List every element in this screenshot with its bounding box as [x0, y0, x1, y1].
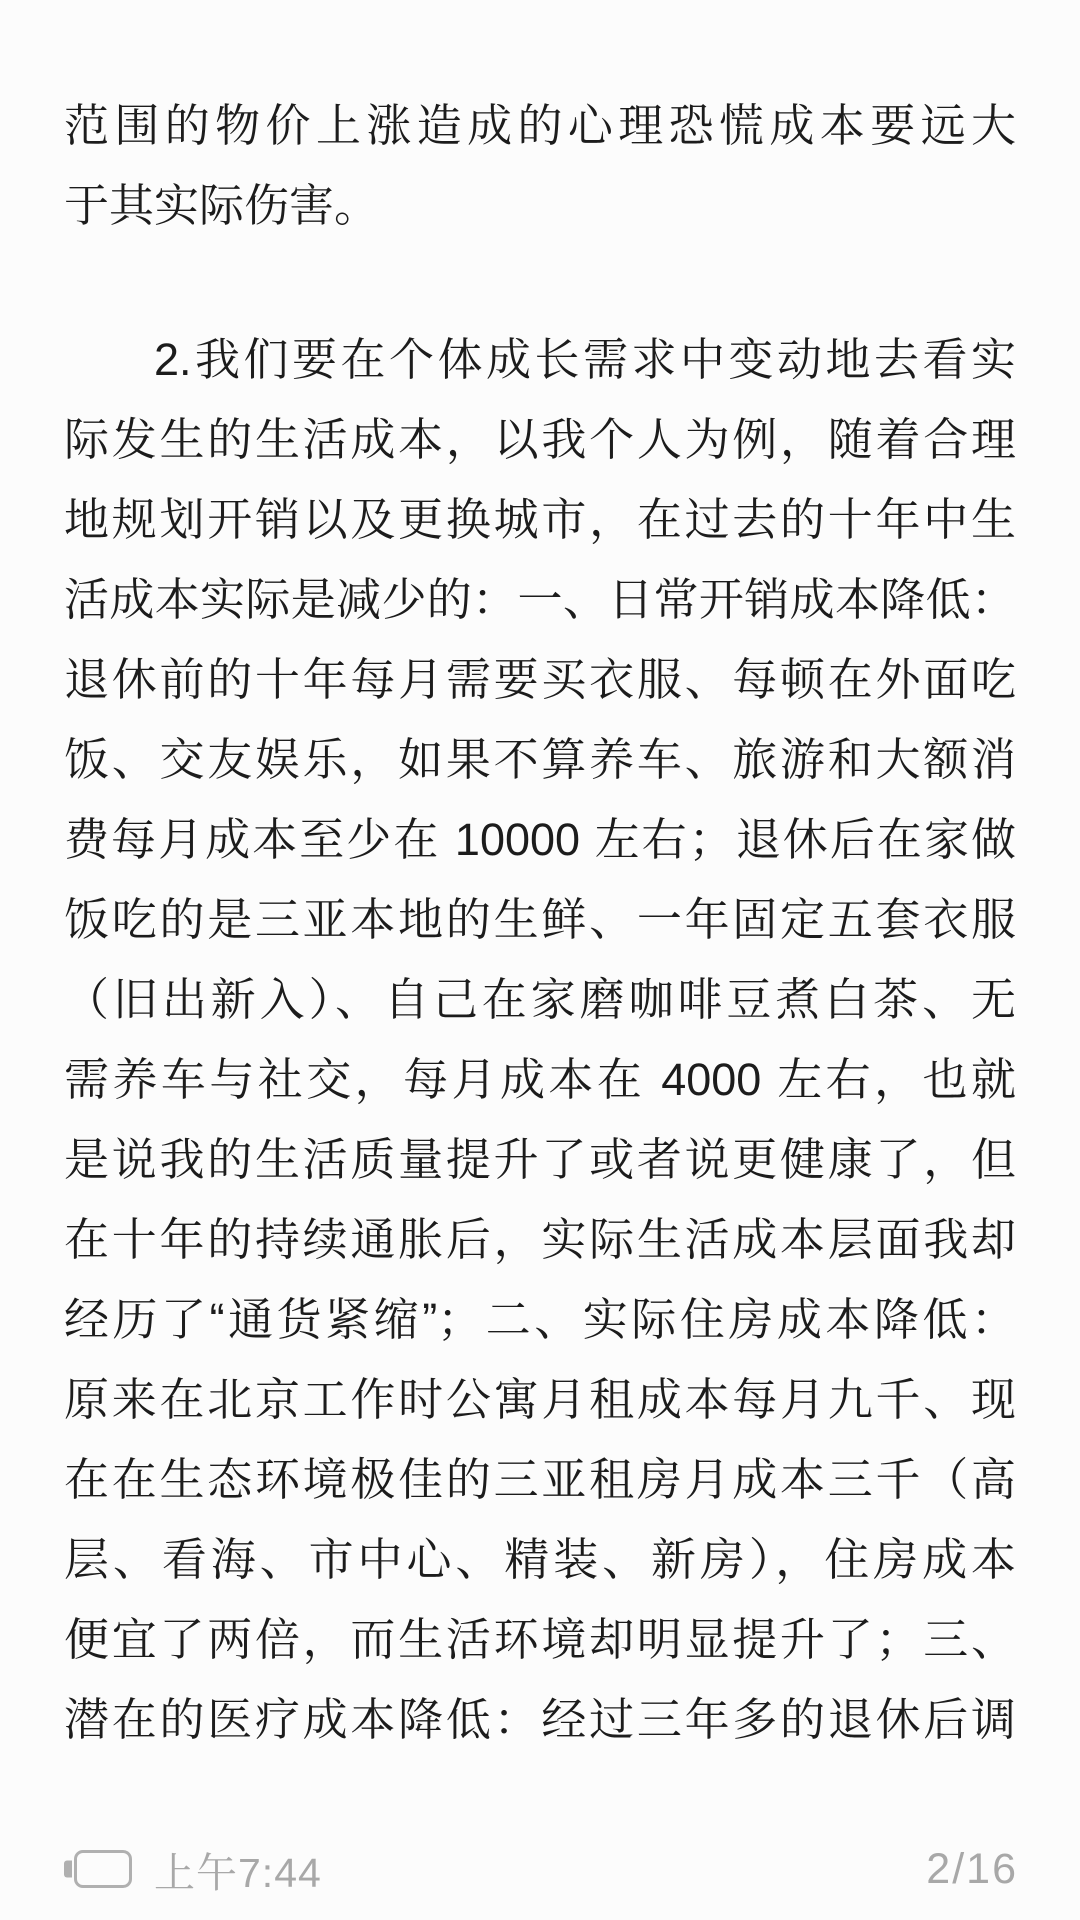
text-line: 需养车与社交，每月成本在 4000 左右，也就 — [64, 1040, 1016, 1120]
text-line: 于其实际伤害。 — [64, 166, 1016, 246]
paragraph-1: 范围的物价上涨造成的心理恐慌成本要远大于其实际伤害。 — [64, 86, 1016, 246]
reading-area[interactable]: 范围的物价上涨造成的心理恐慌成本要远大于其实际伤害。2.我们要在个体成长需求中变… — [64, 86, 1016, 1760]
text-line: 层、看海、市中心、精装、新房），住房成本 — [64, 1520, 1016, 1600]
text-line: 际发生的生活成本，以我个人为例，随着合理 — [64, 400, 1016, 480]
text-line: 范围的物价上涨造成的心理恐慌成本要远大 — [64, 86, 1016, 166]
text-line: 原来在北京工作时公寓月租成本每月九千、现 — [64, 1360, 1016, 1440]
text-line: 经历了“通货紧缩”；二、实际住房成本降低： — [64, 1280, 1016, 1360]
text-line: 饭吃的是三亚本地的生鲜、一年固定五套衣服 — [64, 880, 1016, 960]
page-indicator: 2/16 — [926, 1845, 1018, 1894]
text-line: 潜在的医疗成本降低：经过三年多的退休后调 — [64, 1680, 1016, 1760]
status-bar: 上午7:44 2/16 — [74, 1846, 1018, 1892]
text-line: 地规划开销以及更换城市，在过去的十年中生 — [64, 480, 1016, 560]
text-line: 便宜了两倍，而生活环境却明显提升了；三、 — [64, 1600, 1016, 1680]
clock-time: 上午7:44 — [154, 1840, 322, 1899]
text-line: 退休前的十年每月需要买衣服、每顿在外面吃 — [64, 640, 1016, 720]
text-line: 是说我的生活质量提升了或者说更健康了，但 — [64, 1120, 1016, 1200]
text-line: 在十年的持续通胀后，实际生活成本层面我却 — [64, 1200, 1016, 1280]
text-line: 2.我们要在个体成长需求中变动地去看实 — [64, 320, 1016, 400]
text-line: 活成本实际是减少的：一、日常开销成本降低： — [64, 560, 1016, 640]
text-line: （旧出新入）、自己在家磨咖啡豆煮白茶、无 — [64, 960, 1016, 1040]
battery-icon — [74, 1850, 132, 1888]
text-line: 费每月成本至少在 10000 左右；退休后在家做 — [64, 800, 1016, 880]
paragraph-2: 2.我们要在个体成长需求中变动地去看实际发生的生活成本，以我个人为例，随着合理地… — [64, 320, 1016, 1760]
text-line: 在在生态环境极佳的三亚租房月成本三千（高 — [64, 1440, 1016, 1520]
text-line: 饭、交友娱乐，如果不算养车、旅游和大额消 — [64, 720, 1016, 800]
reader-screen: 范围的物价上涨造成的心理恐慌成本要远大于其实际伤害。2.我们要在个体成长需求中变… — [0, 0, 1080, 1920]
